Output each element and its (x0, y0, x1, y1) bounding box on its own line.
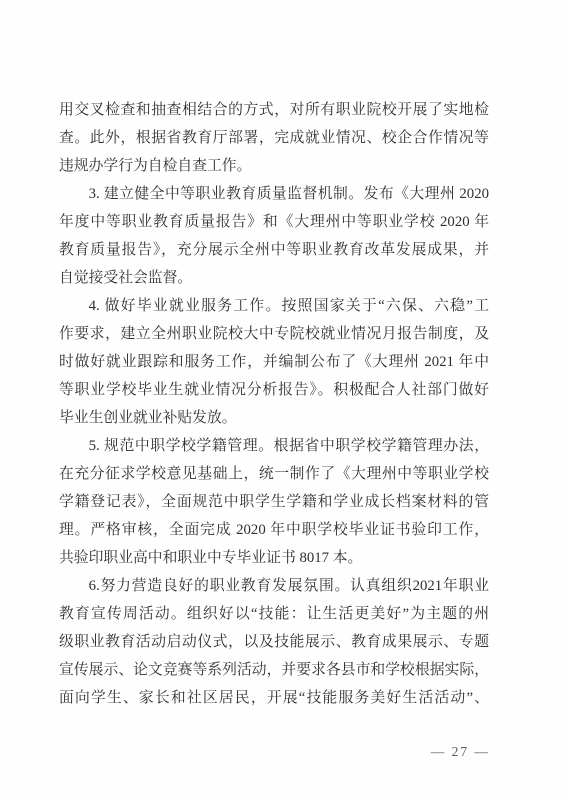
document-page: 用交叉检查和抽查相结合的方式，对所有职业院校开展了实地检查。此外，根据省教育厅部… (0, 0, 565, 800)
text-line: 用交叉检查和抽查相结合的方式，对所有职业院校开展了实地检 (59, 96, 489, 124)
text-line: 4. 做好毕业就业服务工作。按照国家关于“六保、六稳”工 (59, 292, 489, 320)
text-line: 学籍登记表》，全面规范中职学生学籍和学业成长档案材料的管 (59, 488, 489, 516)
text-line: 理。严格审核，全面完成 2020 年中职学校毕业证书验印工作， (59, 516, 489, 544)
text-line: 教育质量报告》，充分展示全州中等职业教育改革发展成果，并 (59, 236, 489, 264)
text-line: 作要求，建立全州职业院校大中专院校就业情况月报告制度，及 (59, 320, 489, 348)
text-line: 6.努力营造良好的职业教育发展氛围。认真组织2021年职业 (59, 572, 489, 600)
text-line: 查。此外，根据省教育厅部署，完成就业情况、校企合作情况等 (59, 124, 489, 152)
text-line: 在充分征求学校意见基础上，统一制作了《大理州中等职业学校 (59, 460, 489, 488)
text-line: 年度中等职业教育质量报告》和《大理州中等职业学校 2020 年 (59, 208, 489, 236)
text-line: 教育宣传周活动。组织好以“技能：让生活更美好”为主题的州 (59, 600, 489, 628)
text-line: 毕业生创业就业补贴发放。 (59, 404, 489, 432)
text-line: 宣传展示、论文竞赛等系列活动，并要求各县市和学校根据实际， (59, 656, 489, 684)
text-line: 共验印职业高中和职业中专毕业证书 8017 本。 (59, 544, 489, 572)
text-line: 5. 规范中职学校学籍管理。根据省中职学校学籍管理办法， (59, 432, 489, 460)
text-line: 3. 建立健全中等职业教育质量监督机制。发布《大理州 2020 (59, 180, 489, 208)
document-body: 用交叉检查和抽查相结合的方式，对所有职业院校开展了实地检查。此外，根据省教育厅部… (59, 96, 489, 712)
text-line: 级职业教育活动启动仪式，以及技能展示、教育成果展示、专题 (59, 628, 489, 656)
text-line: 时做好就业跟踪和服务工作，并编制公布了《大理州 2021 年中 (59, 348, 489, 376)
text-line: 面向学生、家长和社区居民，开展“技能服务美好生活活动”、 (59, 684, 489, 712)
page-number: — 27 — (431, 743, 490, 761)
text-line: 违规办学行为自检自查工作。 (59, 152, 489, 180)
text-line: 自觉接受社会监督。 (59, 264, 489, 292)
text-line: 等职业学校毕业生就业情况分析报告》。积极配合人社部门做好 (59, 376, 489, 404)
